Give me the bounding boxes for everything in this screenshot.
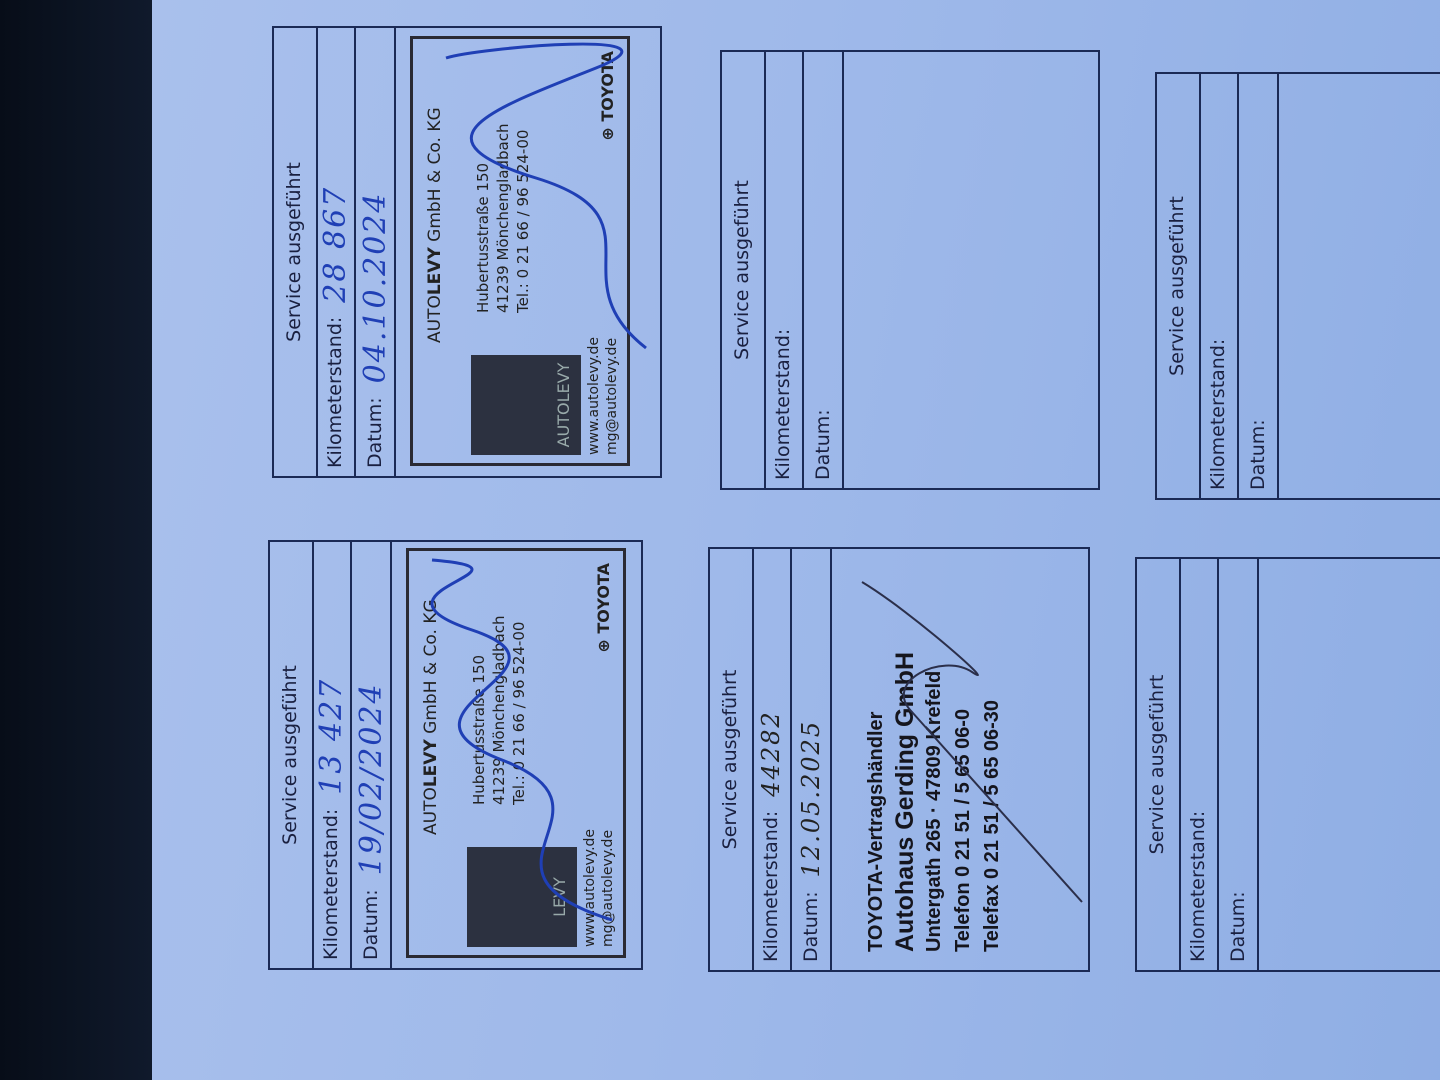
km-value: 13 427 — [314, 678, 349, 795]
dealer-stamp: AUTOLEVY AUTOLEVY GmbH & Co. KG Hubertus… — [410, 36, 630, 466]
km-label: Kilometerstand: — [772, 329, 794, 480]
dealer-name: AUTOLEVY GmbH & Co. KG — [421, 599, 441, 835]
km-value: 44282 — [757, 710, 785, 796]
date-row: Datum: — [1239, 72, 1279, 500]
entry-title: Service ausgeführt — [1135, 557, 1181, 972]
date-label: Datum: — [812, 409, 834, 480]
service-entry-4: Service ausgeführt Kilometerstand: Datum… — [720, 50, 1100, 490]
date-value: 19/02/2024 — [354, 682, 389, 875]
entry-title: Service ausgeführt — [268, 540, 314, 970]
service-entry-3: Service ausgeführt Kilometerstand: 44282… — [708, 547, 1090, 972]
km-row: Kilometerstand: — [764, 50, 804, 490]
dealer-logo: AUTOLEVY — [471, 355, 581, 455]
date-label: Datum: — [360, 889, 382, 960]
date-row: Datum: 04.10.2024 — [356, 26, 396, 478]
km-label: Kilometerstand: — [324, 317, 346, 468]
date-label: Datum: — [800, 891, 822, 962]
km-row: Kilometerstand: — [1179, 557, 1219, 972]
dealer-name: AUTOLEVY GmbH & Co. KG — [425, 107, 445, 343]
service-entry-5: Service ausgeführt Kilometerstand: Datum… — [1135, 557, 1440, 972]
entry-title: Service ausgeführt — [720, 50, 766, 490]
dealer-contact: www.autolevy.de mg@autolevy.de — [585, 337, 621, 455]
km-row: Kilometerstand: 13 427 — [312, 540, 352, 970]
dealer-logo: LEVY — [467, 847, 577, 947]
car-interior-background — [0, 0, 155, 1080]
entry-title: Service ausgeführt — [1155, 72, 1201, 500]
date-label: Datum: — [364, 397, 386, 468]
dealer-stamp: TOYOTA-Vertragshändler Autohaus Gerding … — [862, 652, 1007, 952]
dealer-contact: www.autolevy.de mg@autolevy.de — [581, 829, 617, 947]
service-entry-2: Service ausgeführt Kilometerstand: 28 86… — [272, 26, 662, 478]
km-row: Kilometerstand: 44282 — [752, 547, 792, 972]
service-entry-6: Service ausgeführt Kilometerstand: Datum… — [1155, 72, 1440, 500]
date-value: 04.10.2024 — [358, 192, 393, 384]
service-entry-1: Service ausgeführt Kilometerstand: 13 42… — [268, 540, 643, 970]
date-value: 12.05.2025 — [797, 720, 825, 877]
km-label: Kilometerstand: — [320, 809, 342, 960]
date-label: Datum: — [1247, 419, 1269, 490]
dealer-address: Hubertusstraße 150 41239 Mönchengladbach… — [469, 616, 529, 805]
km-label: Kilometerstand: — [760, 811, 782, 962]
km-label: Kilometerstand: — [1207, 339, 1229, 490]
dealer-address: Hubertusstraße 150 41239 Mönchengladbach… — [473, 124, 533, 313]
date-row: Datum: — [1219, 557, 1259, 972]
date-row: Datum: 19/02/2024 — [352, 540, 392, 970]
km-row: Kilometerstand: 28 867 — [316, 26, 356, 478]
entry-title: Service ausgeführt — [708, 547, 754, 972]
date-row: Datum: 12.05.2025 — [792, 547, 832, 972]
entry-title: Service ausgeführt — [272, 26, 318, 478]
toyota-logo-icon: ⊕ TOYOTA — [594, 563, 613, 653]
dealer-stamp: LEVY AUTOLEVY GmbH & Co. KG Hubertusstra… — [406, 548, 626, 958]
date-label: Datum: — [1227, 891, 1249, 962]
toyota-logo-icon: ⊕ TOYOTA — [598, 51, 617, 141]
date-row: Datum: — [804, 50, 844, 490]
km-value: 28 867 — [318, 186, 353, 303]
km-label: Kilometerstand: — [1187, 811, 1209, 962]
km-row: Kilometerstand: — [1199, 72, 1239, 500]
